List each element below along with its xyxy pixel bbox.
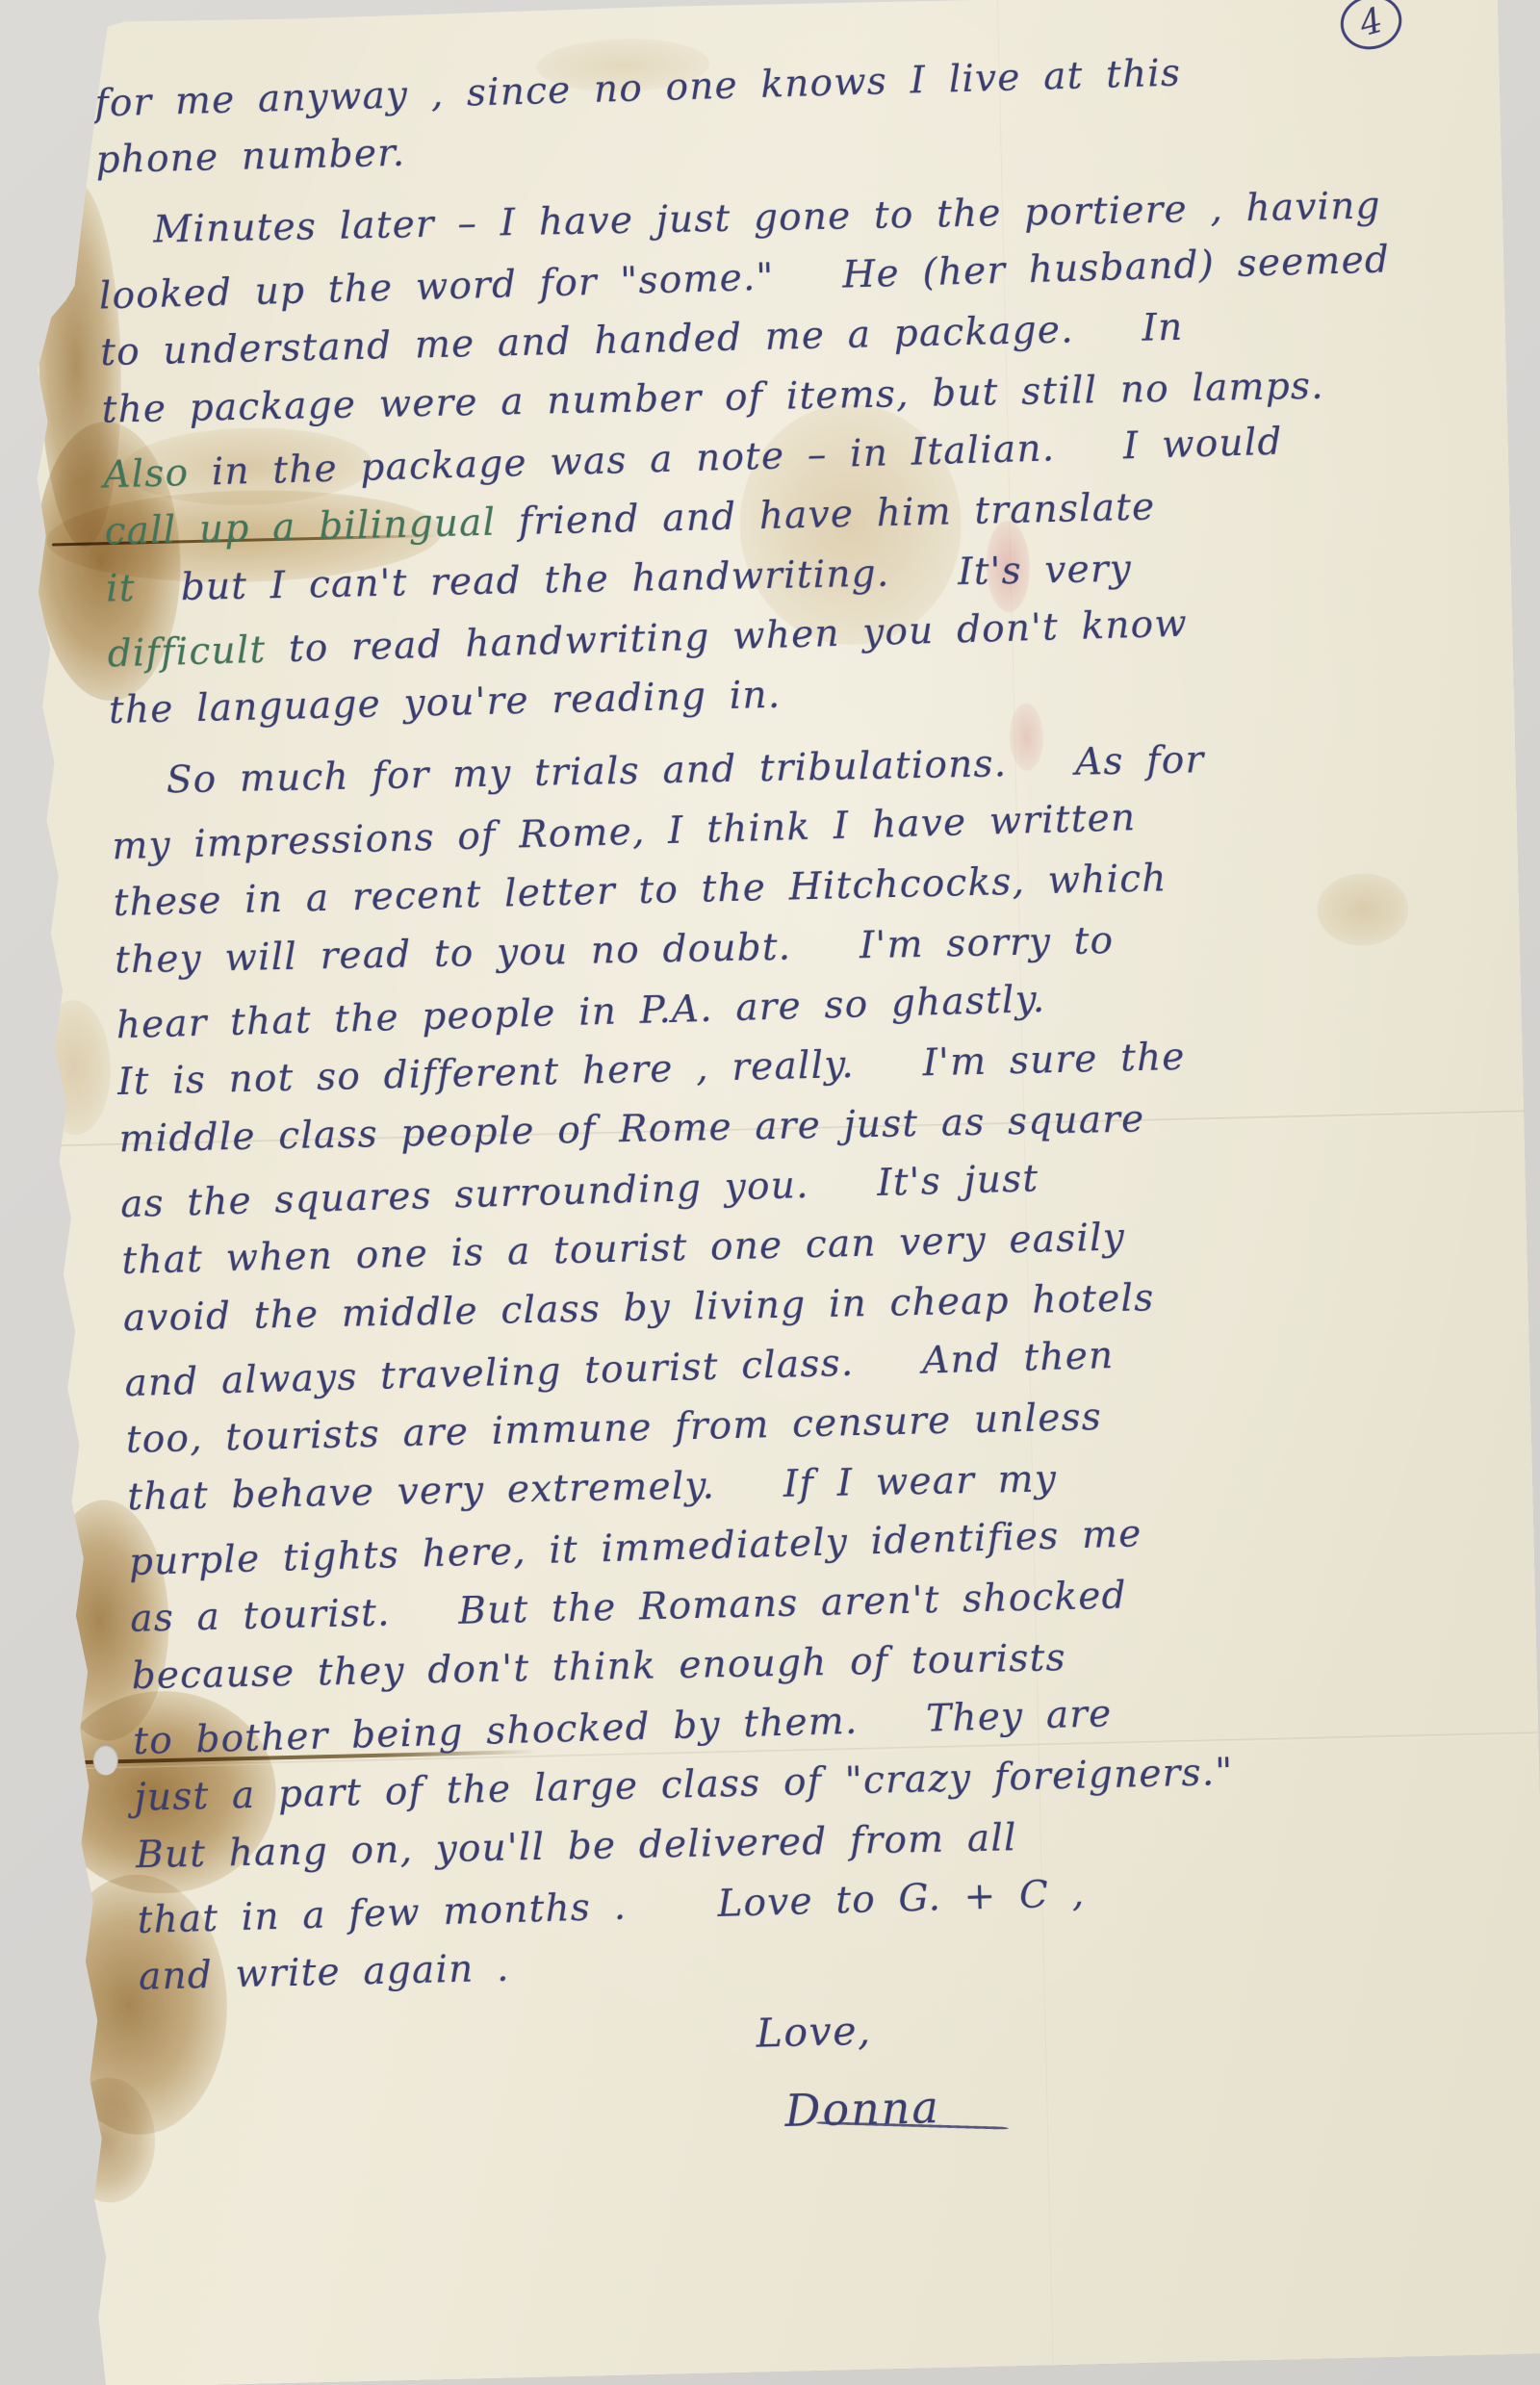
letter-text-segment: it — [106, 567, 136, 611]
signature: Donna — [784, 2064, 1442, 2142]
letter-lines: for me anyway , since no one knows I liv… — [93, 41, 1438, 2008]
letter-text-segment: Also — [103, 451, 190, 498]
letter-text-segment: friend and have him translate — [496, 485, 1156, 544]
closing-salutation: Love, — [756, 1987, 1440, 2064]
letter-text-segment: the language you're reading in. — [109, 674, 782, 732]
letter-text-segment: and write again . — [139, 1947, 511, 1999]
letter-text-segment: that behave very extremely. If I wear my — [127, 1457, 1058, 1519]
letter-body: for me anyway , since no one knows I liv… — [93, 41, 1441, 2145]
letter-text-segment: But hang on, you'll be delivered from al… — [136, 1816, 1017, 1877]
letter-text-segment: call up a bilingual — [104, 501, 497, 554]
letter-text-segment: phone number. — [95, 132, 406, 183]
paper-hole — [92, 1744, 118, 1776]
photographed-letter-page: { "page": { "number_label": "4", "descri… — [0, 0, 1540, 2385]
letter-paper: 4 for me anyway , since no one knows I l… — [0, 0, 1540, 2385]
letter-text-segment: difficult — [107, 628, 267, 677]
letter-text-segment: because they don't think enough of touri… — [131, 1636, 1066, 1698]
stain — [37, 999, 112, 1136]
